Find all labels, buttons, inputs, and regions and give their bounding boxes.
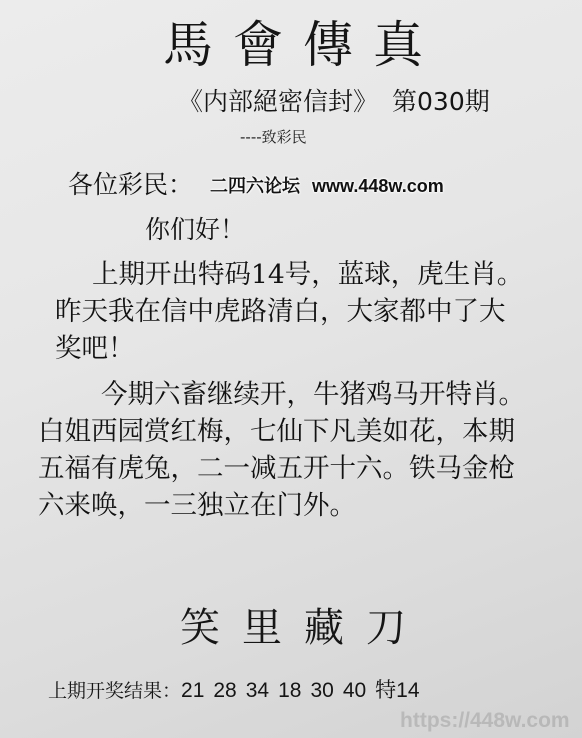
signoff: ----致彩民 [240,126,307,148]
special-number: 特14 [375,679,419,702]
motto-heading: 笑里藏刀 [180,600,428,656]
issue-number: 第030期 [392,87,490,116]
results-numbers: 212834183040特14 [181,679,420,702]
result-number: 30 [310,679,333,702]
paragraph-2-line-2: 白姐西园赏红梅，七仙下凡美如花，本期 [38,413,555,450]
forum-site-link: www.448w.com [312,176,444,196]
results-label: 上期开奖结果： [48,680,181,702]
paragraph-1-line-3: 奖吧！ [55,330,555,367]
salutation: 各位彩民： [68,168,193,202]
subtitle-row: 《内部絕密信封》第030期 [178,86,490,118]
forum-watermark: 二四六论坛www.448w.com [210,174,444,198]
forum-name: 二四六论坛 [210,176,300,196]
result-number: 18 [278,679,301,702]
site-watermark: https://448w.com [400,708,570,734]
result-number: 21 [181,679,204,702]
result-number: 34 [246,679,269,702]
result-number: 40 [343,679,366,702]
result-number: 28 [213,679,236,702]
paragraph-2-line-4: 六来唤，一三独立在门外。 [38,487,555,524]
paragraph-gap [55,367,555,376]
hello-line: 你们好！ [145,213,245,247]
subtitle-label: 《内部絕密信封》 [178,87,378,116]
paragraph-2-line-1: 今期六畜继续开，牛猪鸡马开特肖。 [55,376,555,413]
previous-results: 上期开奖结果：212834183040特14 [48,676,420,706]
paragraph-2-line-3: 五福有虎兔，二一减五开十六。铁马金枪 [38,450,555,487]
paragraph-1-line-2: 昨天我在信中虎路清白，大家都中了大 [55,293,555,330]
document-title: 馬會傳真 [163,14,443,76]
paragraph-1-line-1: 上期开出特码14号，蓝球，虎生肖。 [55,256,555,293]
letter-body: 上期开出特码14号，蓝球，虎生肖。 昨天我在信中虎路清白，大家都中了大 奖吧！ … [55,256,555,524]
